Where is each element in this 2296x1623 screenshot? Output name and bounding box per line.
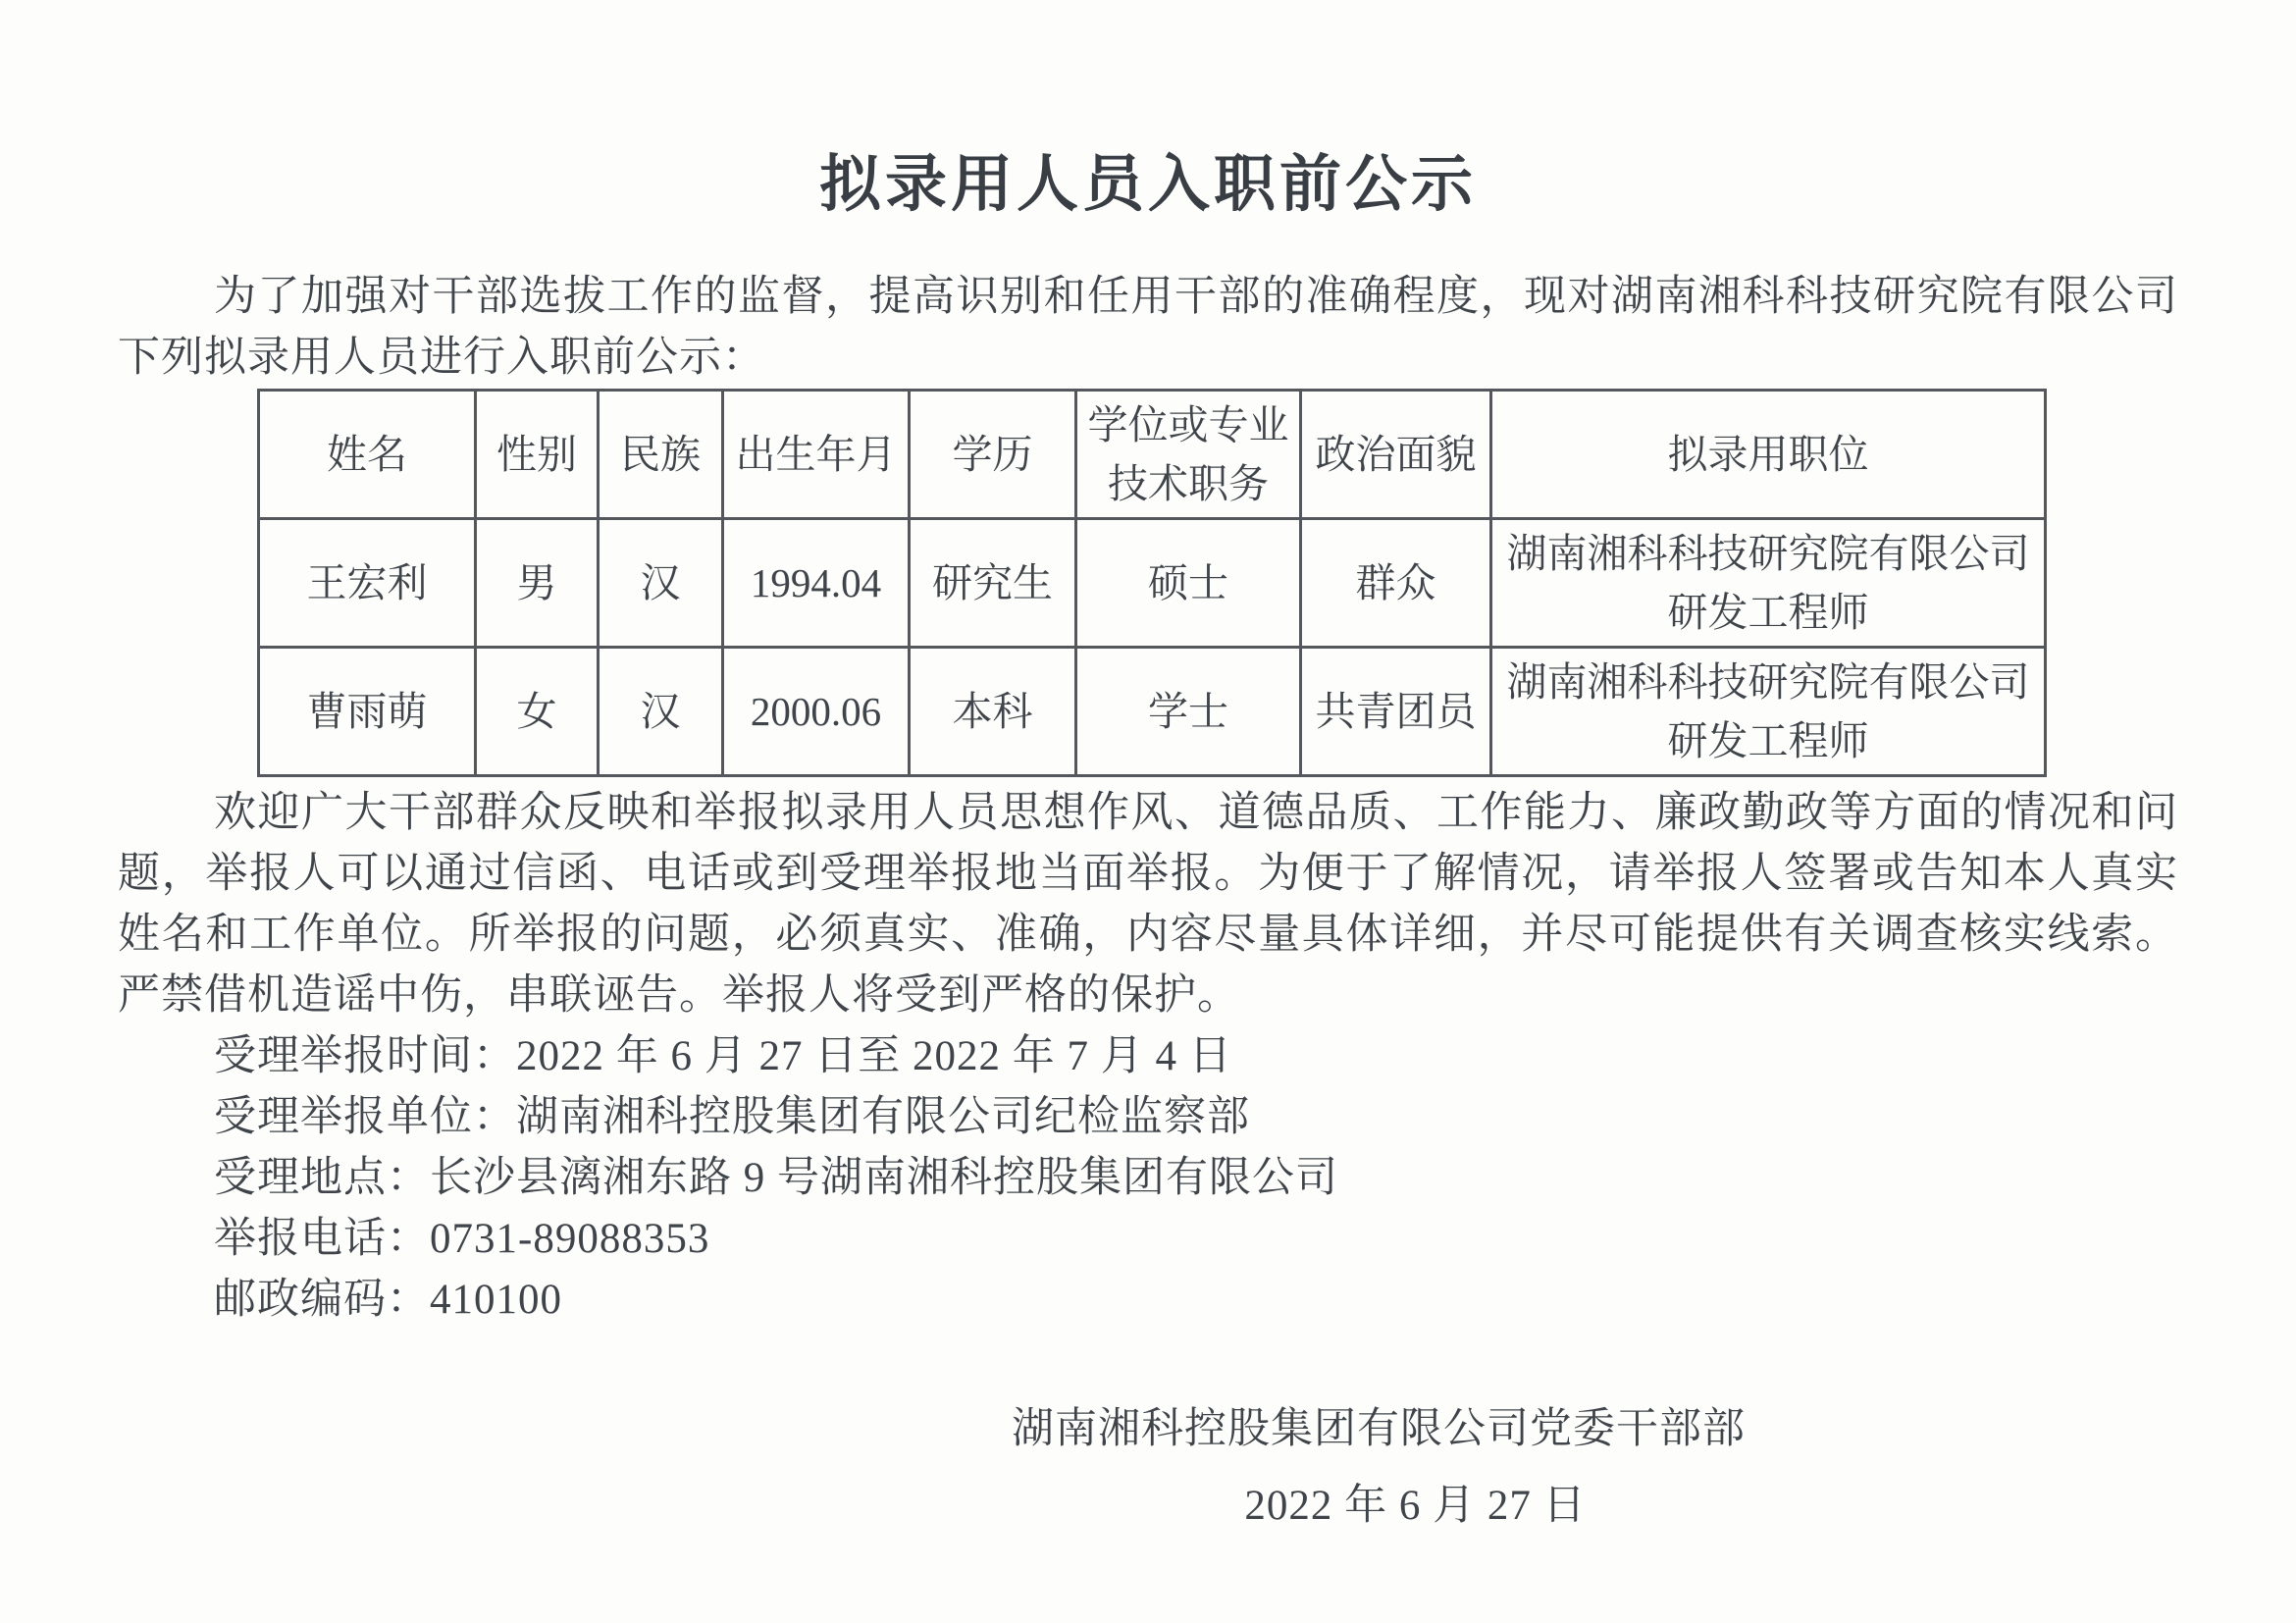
postal-code-line: 邮政编码：410100 — [118, 1270, 2178, 1331]
table-row: 王宏利 男 汉 1994.04 研究生 硕士 群众 湖南湘科科技研究院有限公司 … — [259, 519, 2046, 648]
cell-gender: 女 — [476, 648, 599, 776]
col-header-degree: 学位或专业 技术职务 — [1076, 391, 1301, 519]
cell-education: 本科 — [910, 648, 1076, 776]
document-page: 拟录用人员入职前公示 为了加强对干部选拔工作的监督，提高识别和任用干部的准确程度… — [0, 0, 2296, 1623]
col-header-position: 拟录用职位 — [1491, 391, 2046, 519]
report-unit-line: 受理举报单位：湖南湘科控股集团有限公司纪检监察部 — [118, 1087, 2178, 1148]
col-header-political-status: 政治面貌 — [1301, 391, 1491, 519]
cell-political-status: 群众 — [1301, 519, 1491, 648]
cell-ethnicity: 汉 — [599, 648, 723, 776]
report-phone-line: 举报电话：0731-89088353 — [118, 1209, 2178, 1270]
cell-position: 湖南湘科科技研究院有限公司 研发工程师 — [1491, 648, 2046, 776]
cell-gender: 男 — [476, 519, 599, 648]
cell-birthdate: 1994.04 — [723, 519, 910, 648]
cell-political-status: 共青团员 — [1301, 648, 1491, 776]
signature-date: 2022 年 6 月 27 日 — [1079, 1476, 1751, 1537]
intro-paragraph: 为了加强对干部选拔工作的监督，提高识别和任用干部的准确程度，现对湖南湘科科技研究… — [118, 267, 2178, 389]
page-title: 拟录用人员入职前公示 — [118, 147, 2178, 222]
cell-birthdate: 2000.06 — [723, 648, 910, 776]
cell-degree: 硕士 — [1076, 519, 1301, 648]
col-header-education: 学历 — [910, 391, 1076, 519]
cell-name: 王宏利 — [259, 519, 476, 648]
candidates-table: 姓名 性别 民族 出生年月 学历 学位或专业 技术职务 政治面貌 拟录用职位 王… — [257, 389, 2047, 777]
report-instructions-paragraph: 欢迎广大干部群众反映和举报拟录用人员思想作风、道德品质、工作能力、廉政勤政等方面… — [118, 783, 2178, 1026]
report-period-line: 受理举报时间：2022 年 6 月 27 日至 2022 年 7 月 4 日 — [118, 1026, 2178, 1087]
signature-block: 湖南湘科控股集团有限公司党委干部部 2022 年 6 月 27 日 — [1006, 1399, 1751, 1537]
cell-degree: 学士 — [1076, 648, 1301, 776]
table-header-row: 姓名 性别 民族 出生年月 学历 学位或专业 技术职务 政治面貌 拟录用职位 — [259, 391, 2046, 519]
cell-education: 研究生 — [910, 519, 1076, 648]
cell-ethnicity: 汉 — [599, 519, 723, 648]
report-address-line: 受理地点：长沙县漓湘东路 9 号湖南湘科控股集团有限公司 — [118, 1148, 2178, 1209]
cell-position: 湖南湘科科技研究院有限公司 研发工程师 — [1491, 519, 2046, 648]
signature-organization: 湖南湘科控股集团有限公司党委干部部 — [1006, 1399, 1751, 1460]
col-header-name: 姓名 — [259, 391, 476, 519]
table-row: 曹雨萌 女 汉 2000.06 本科 学士 共青团员 湖南湘科科技研究院有限公司… — [259, 648, 2046, 776]
col-header-ethnicity: 民族 — [599, 391, 723, 519]
col-header-birthdate: 出生年月 — [723, 391, 910, 519]
col-header-gender: 性别 — [476, 391, 599, 519]
cell-name: 曹雨萌 — [259, 648, 476, 776]
